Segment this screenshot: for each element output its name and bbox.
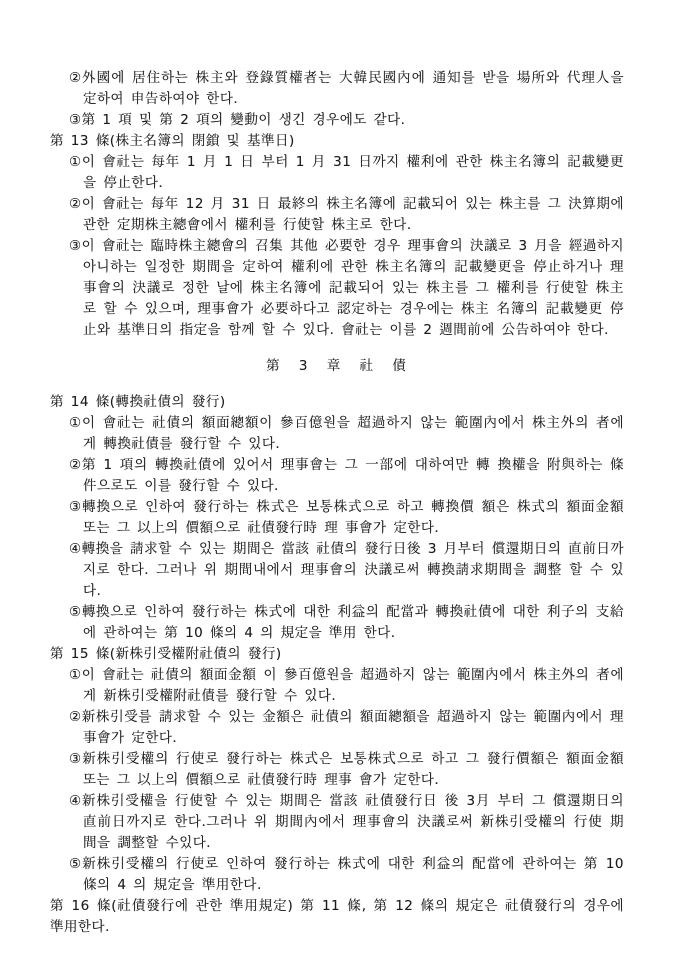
- clause-item: ②新株引受를 請求할 수 있는 金額은 社債의 額面總額을 超過하지 않는 範圍…: [50, 707, 624, 749]
- article-heading-14: 第 14 條(轉換社債의 發行): [50, 392, 624, 413]
- clause-text: 新株引受權의 行使로 인하여 發行하는 株式에 대한 利益의 配當에 관하여는 …: [82, 856, 624, 893]
- clause-text: 轉換으로 인하여 發行하는 株式은 보통株式으로 하고 轉換價 額은 株式의 額…: [82, 499, 624, 536]
- clause-text: 外國에 居住하는 株主와 登錄質權者는 大韓民國內에 通知를 받을 場所와 代理…: [82, 70, 624, 107]
- clause-text: 第 1 項 및 第 2 項의 變動이 생긴 경우에도 같다.: [82, 112, 406, 128]
- clause-text: 新株引受權의 行使로 發行하는 株式은 보통株式으로 하고 그 發行價額은 額面…: [82, 751, 624, 788]
- item-marker: ①: [69, 415, 82, 431]
- clause-item: ③轉換으로 인하여 發行하는 株式은 보통株式으로 하고 轉換價 額은 株式의 …: [50, 497, 624, 539]
- item-marker: ③: [69, 499, 82, 515]
- item-marker: ③: [69, 112, 82, 128]
- clause-item: ③이 會社는 臨時株主總會의 召集 其他 必要한 경우 理事會의 決議로 3 月…: [50, 236, 624, 341]
- item-marker: ①: [69, 667, 82, 683]
- clause-text: 新株引受權을 行使할 수 있는 期間은 當該 社債發行日 後 3月 부터 그 償…: [82, 793, 624, 851]
- item-marker: ②: [69, 709, 82, 725]
- item-marker: ②: [69, 457, 82, 473]
- article-heading-16: 第 16 條(社債發行에 관한 準用規定) 第 11 條, 第 12 條의 規定…: [50, 896, 624, 938]
- clause-text: 이 會社는 社債의 額面金額 이 參百億원을 超過하지 않는 範圍內에서 株主外…: [82, 667, 624, 704]
- clause-text: 이 會社는 臨時株主總會의 召集 其他 必要한 경우 理事會의 決議로 3 月을…: [82, 238, 624, 338]
- clause-item: ①이 會社는 社債의 額面總額이 參百億원을 超過하지 않는 範圍內에서 株主外…: [50, 413, 624, 455]
- clause-item: ①이 會社는 社債의 額面金額 이 參百億원을 超過하지 않는 範圍內에서 株主…: [50, 665, 624, 707]
- item-marker: ④: [69, 793, 82, 809]
- clause-item: ②이 會社는 每年 12 月 31 日 最終의 株主名簿에 記載되어 있는 株主…: [50, 194, 624, 236]
- clause-text: 이 會社는 每年 12 月 31 日 最終의 株主名簿에 記載되어 있는 株主를…: [82, 196, 624, 233]
- item-marker: ③: [69, 238, 82, 254]
- clause-text: 轉換을 請求할 수 있는 期間은 當該 社債의 發行日後 3 月부터 償還期日의…: [82, 541, 624, 599]
- clause-item: ③新株引受權의 行使로 發行하는 株式은 보통株式으로 하고 그 發行價額은 額…: [50, 749, 624, 791]
- item-marker: ③: [69, 751, 82, 767]
- clause-item: ④轉換을 請求할 수 있는 期間은 當該 社債의 發行日後 3 月부터 償還期日…: [50, 539, 624, 602]
- item-marker: ①: [69, 154, 82, 170]
- document-page: ②外國에 居住하는 株主와 登錄質權者는 大韓民國內에 通知를 받을 場所와 代…: [0, 0, 680, 962]
- item-marker: ②: [69, 196, 82, 212]
- article-heading-15: 第 15 條(新株引受權附社債의 發行): [50, 644, 624, 665]
- chapter-heading: 第 3 章 社 債: [50, 356, 624, 377]
- clause-text: 第 1 項의 轉換社債에 있어서 理事會는 그 一部에 대하여만 轉 換權을 附…: [82, 457, 624, 494]
- clause-text: 이 會社는 社債의 額面總額이 參百億원을 超過하지 않는 範圍內에서 株主外의…: [82, 415, 624, 452]
- clause-item: ④新株引受權을 行使할 수 있는 期間은 當該 社債發行日 後 3月 부터 그 …: [50, 791, 624, 854]
- item-marker: ⑤: [69, 604, 82, 620]
- clause-item: ②外國에 居住하는 株主와 登錄質權者는 大韓民國內에 通知를 받을 場所와 代…: [50, 68, 624, 110]
- item-marker: ⑤: [69, 856, 82, 872]
- clause-text: 이 會社는 每年 1 月 1 日 부터 1 月 31 日까지 權利에 관한 株主…: [82, 154, 624, 191]
- item-marker: ④: [69, 541, 82, 557]
- clause-text: 轉換으로 인하여 發行하는 株式에 대한 利益의 配當과 轉換社債에 대한 利子…: [82, 604, 624, 641]
- item-marker: ②: [69, 70, 82, 86]
- clause-text: 新株引受를 請求할 수 있는 金額은 社債의 額面總額을 超過하지 않는 範圍內…: [82, 709, 624, 746]
- clause-item: ③第 1 項 및 第 2 項의 變動이 생긴 경우에도 같다.: [50, 110, 624, 131]
- clause-item: ①이 會社는 每年 1 月 1 日 부터 1 月 31 日까지 權利에 관한 株…: [50, 152, 624, 194]
- article-heading-13: 第 13 條(株主名簿의 閉鎖 및 基準日): [50, 131, 624, 152]
- clause-item: ②第 1 項의 轉換社債에 있어서 理事會는 그 一部에 대하여만 轉 換權을 …: [50, 455, 624, 497]
- clause-item: ⑤新株引受權의 行使로 인하여 發行하는 株式에 대한 利益의 配當에 관하여는…: [50, 854, 624, 896]
- clause-item: ⑤轉換으로 인하여 發行하는 株式에 대한 利益의 配當과 轉換社債에 대한 利…: [50, 602, 624, 644]
